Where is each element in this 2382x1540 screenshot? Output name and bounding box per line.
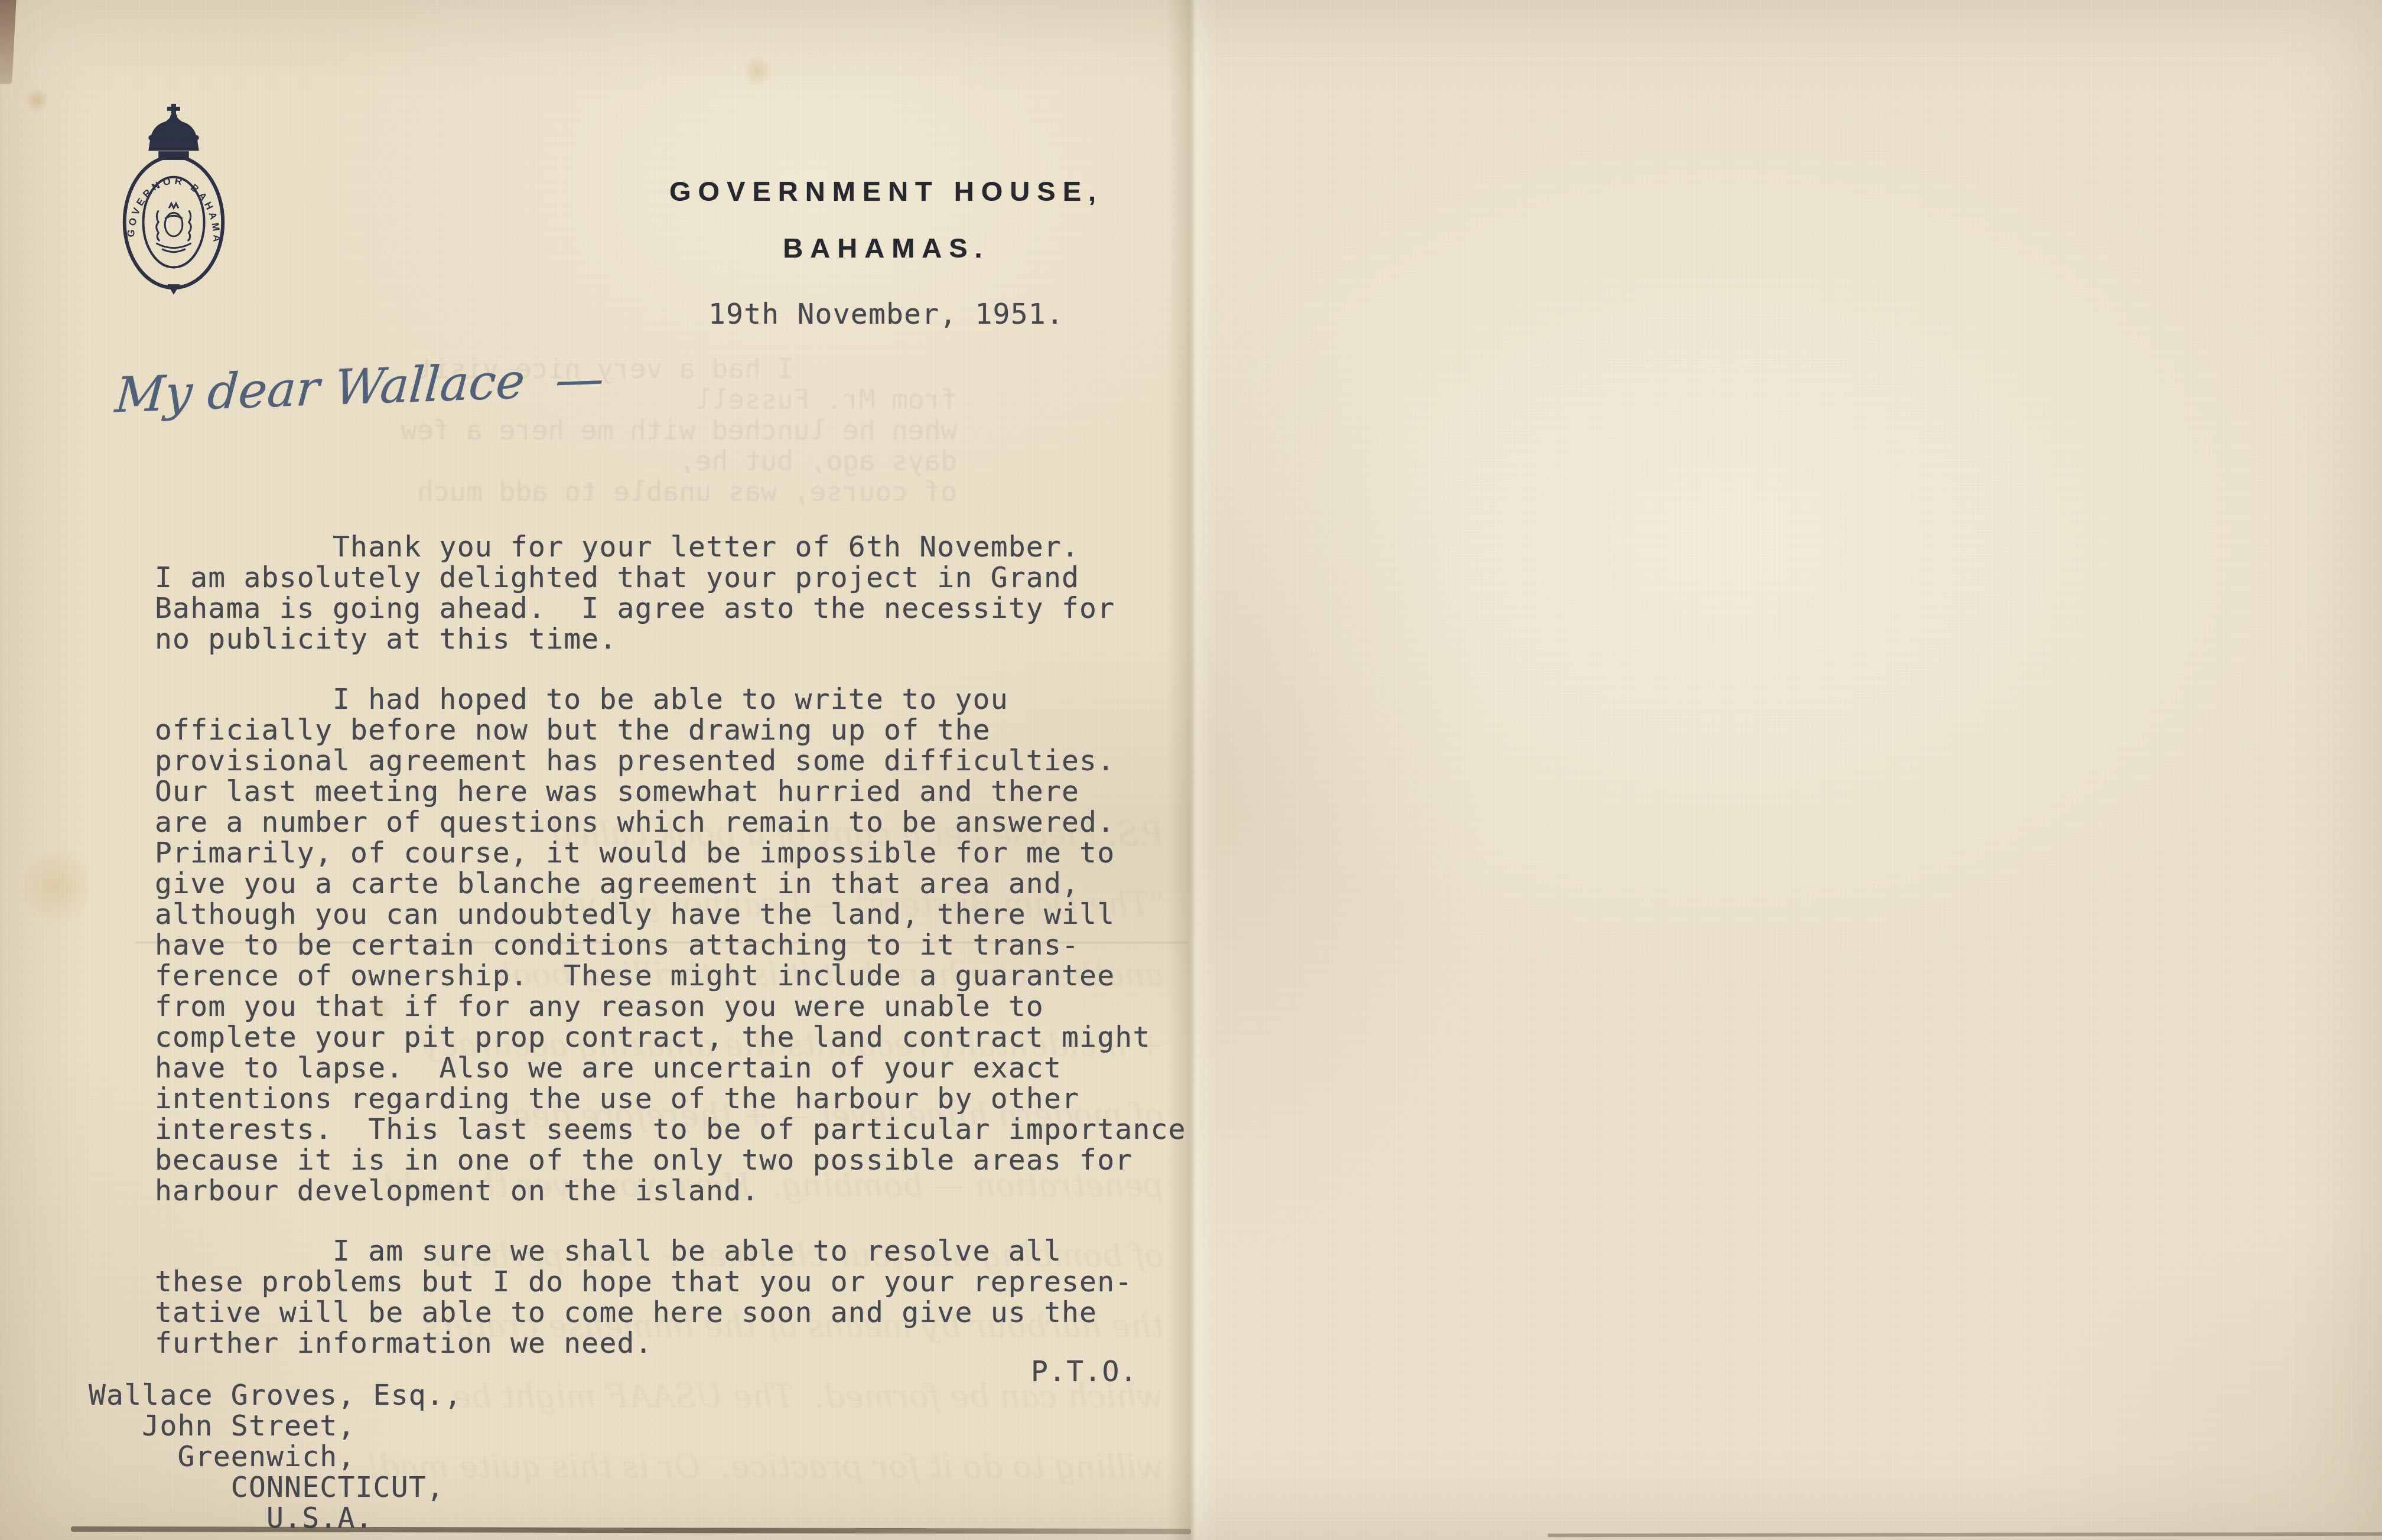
paper-stain — [24, 839, 89, 933]
paragraph-2: I had hoped to be able to write to you o… — [155, 684, 1186, 1206]
paper-stain — [24, 89, 50, 112]
letter-page-1: GOVERNOR BAHAMAS GOVERNMENT HOUSE, BAHAM… — [0, 0, 1191, 1540]
paragraph-3: I am sure we shall be able to resolve al… — [155, 1236, 1133, 1359]
letter-page-2: GOVERNMENT HOUSE, BAHAMAS. 19th November… — [1191, 0, 2382, 1540]
letterhead-line1: GOVERNMENT HOUSE, — [591, 175, 1182, 207]
scan-corner-mark — [0, 0, 17, 84]
recipient-address: Wallace Groves, Esq., John Street, Green… — [89, 1380, 462, 1534]
scanned-letter: { "colors": { "paper_left": "#eadfc7", "… — [0, 0, 2382, 1540]
paragraph-1: Thank you for your letter of 6th Novembe… — [155, 532, 1115, 655]
governor-bahamas-crest-icon: GOVERNOR BAHAMAS — [106, 93, 241, 295]
date-line: 19th November, 1951. — [591, 299, 1182, 330]
paper-stain — [741, 56, 775, 86]
pto-note: P.T.O. — [1031, 1356, 1138, 1387]
letterhead-line2: BAHAMAS. — [591, 232, 1182, 264]
salutation-handwriting: My dear Wallace — — [113, 350, 606, 424]
